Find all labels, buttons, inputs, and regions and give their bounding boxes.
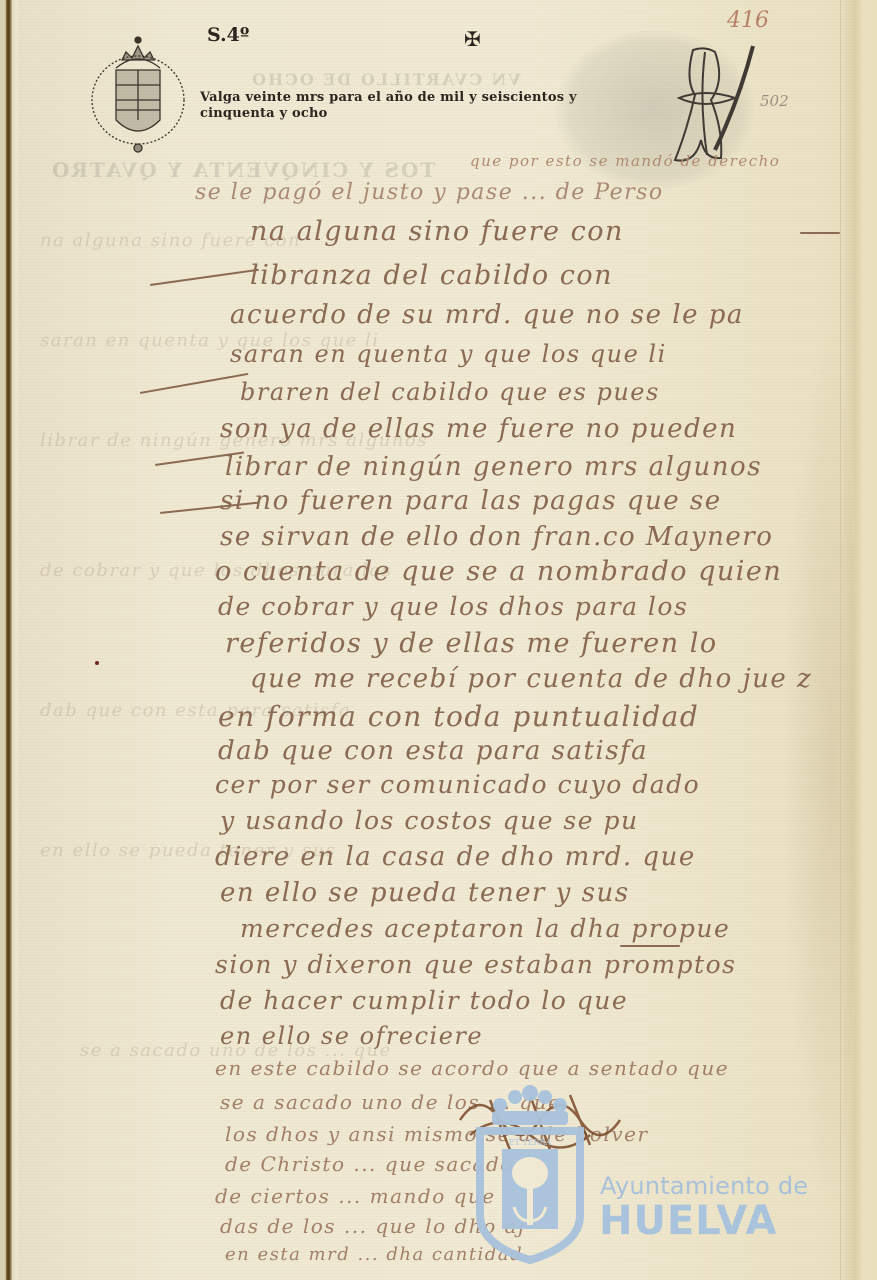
printed-stamp-text-line-1: Valga veinte mrs para el año de mil y se…	[200, 90, 577, 105]
secondary-folio-number: 502	[760, 92, 789, 110]
manuscript-line: de ciertos ... mando que	[215, 1184, 496, 1208]
manuscript-line: diere en la casa de dho mrd. que	[215, 842, 696, 872]
manuscript-line: en ello se pueda tener y sus	[220, 878, 630, 908]
manuscript-line: acuerdo de su mrd. que no se le pa	[230, 300, 744, 330]
manuscript-line: en este cabildo se acordo que a sentado …	[215, 1056, 729, 1080]
pen-flourish	[150, 269, 259, 286]
page-gutter	[12, 0, 18, 1280]
manuscript-line: saran en quenta y que los que li	[230, 340, 667, 368]
bleed-through-print-1: VN CVARTILLO DE OCHO	[250, 70, 521, 89]
manuscript-line: o cuenta de que se a nombrado quien	[215, 556, 782, 587]
manuscript-line: se le pagó el justo y pase ... de Perso	[195, 180, 664, 205]
bleed-through-print-2: TOS Y CINQVENTA Y QVATRO	[50, 158, 435, 182]
pen-flourish	[620, 945, 680, 947]
manuscript-line: de hacer cumplir todo lo que	[220, 986, 628, 1015]
watermark-line-1: Ayuntamiento de	[600, 1172, 808, 1200]
manuscript-line: se sirvan de ello don fran.co Maynero	[220, 522, 773, 552]
manuscript-line: si no fueren para las pagas que se	[220, 486, 722, 516]
manuscript-line: en forma con toda puntualidad	[218, 700, 699, 733]
pen-flourish	[800, 232, 840, 234]
pen-flourish	[140, 373, 249, 394]
manuscript-line: que me recebí por cuenta de dho jue z	[250, 664, 812, 694]
manuscript-line: sion y dixeron que estaban promptos	[215, 950, 736, 979]
huelva-city-crest-watermark-icon: ET TERRA	[470, 1085, 590, 1265]
manuscript-line: librar de ningún genero mrs algunos	[225, 452, 762, 482]
binding-spine	[0, 0, 12, 1280]
folio-number: 416	[727, 8, 769, 33]
printed-stamp-text-line-2: cinquenta y ocho	[200, 106, 328, 121]
manuscript-line: cer por ser comunicado cuyo dado	[215, 770, 700, 799]
stamp-class-mark: S.4º	[207, 24, 249, 46]
watermark-line-2: HUELVA	[599, 1198, 777, 1244]
ink-dot	[95, 661, 99, 665]
manuscript-line: de cobrar y que los dhos para los	[218, 592, 688, 621]
manuscript-line: braren del cabildo que es pues	[240, 378, 660, 406]
manuscript-line: mercedes aceptaron la dha propue	[240, 914, 730, 943]
page-right-edge	[840, 0, 877, 1280]
manuscript-line: libranza del cabildo con	[250, 260, 613, 291]
manuscript-line: y usando los costos que se pu	[220, 806, 639, 835]
manuscript-line: que por esto se mandó de derecho	[470, 152, 780, 170]
royal-coat-of-arms-icon	[86, 30, 190, 154]
manuscript-line: en ello se ofreciere	[220, 1022, 483, 1050]
manuscript-page: S.4º ✠ Valga veinte mrs para el año de m…	[0, 0, 877, 1280]
manuscript-line: son ya de ellas me fuere no pueden	[220, 414, 737, 444]
manuscript-line: referidos y de ellas me fueren lo	[225, 628, 718, 659]
svg-text:ET TERRA: ET TERRA	[509, 1138, 552, 1147]
notary-rubric-icon	[665, 40, 765, 170]
manuscript-line: na alguna sino fuere con	[250, 216, 624, 247]
manuscript-line: dab que con esta para satisfa	[218, 736, 648, 766]
cross-icon: ✠	[464, 27, 481, 51]
